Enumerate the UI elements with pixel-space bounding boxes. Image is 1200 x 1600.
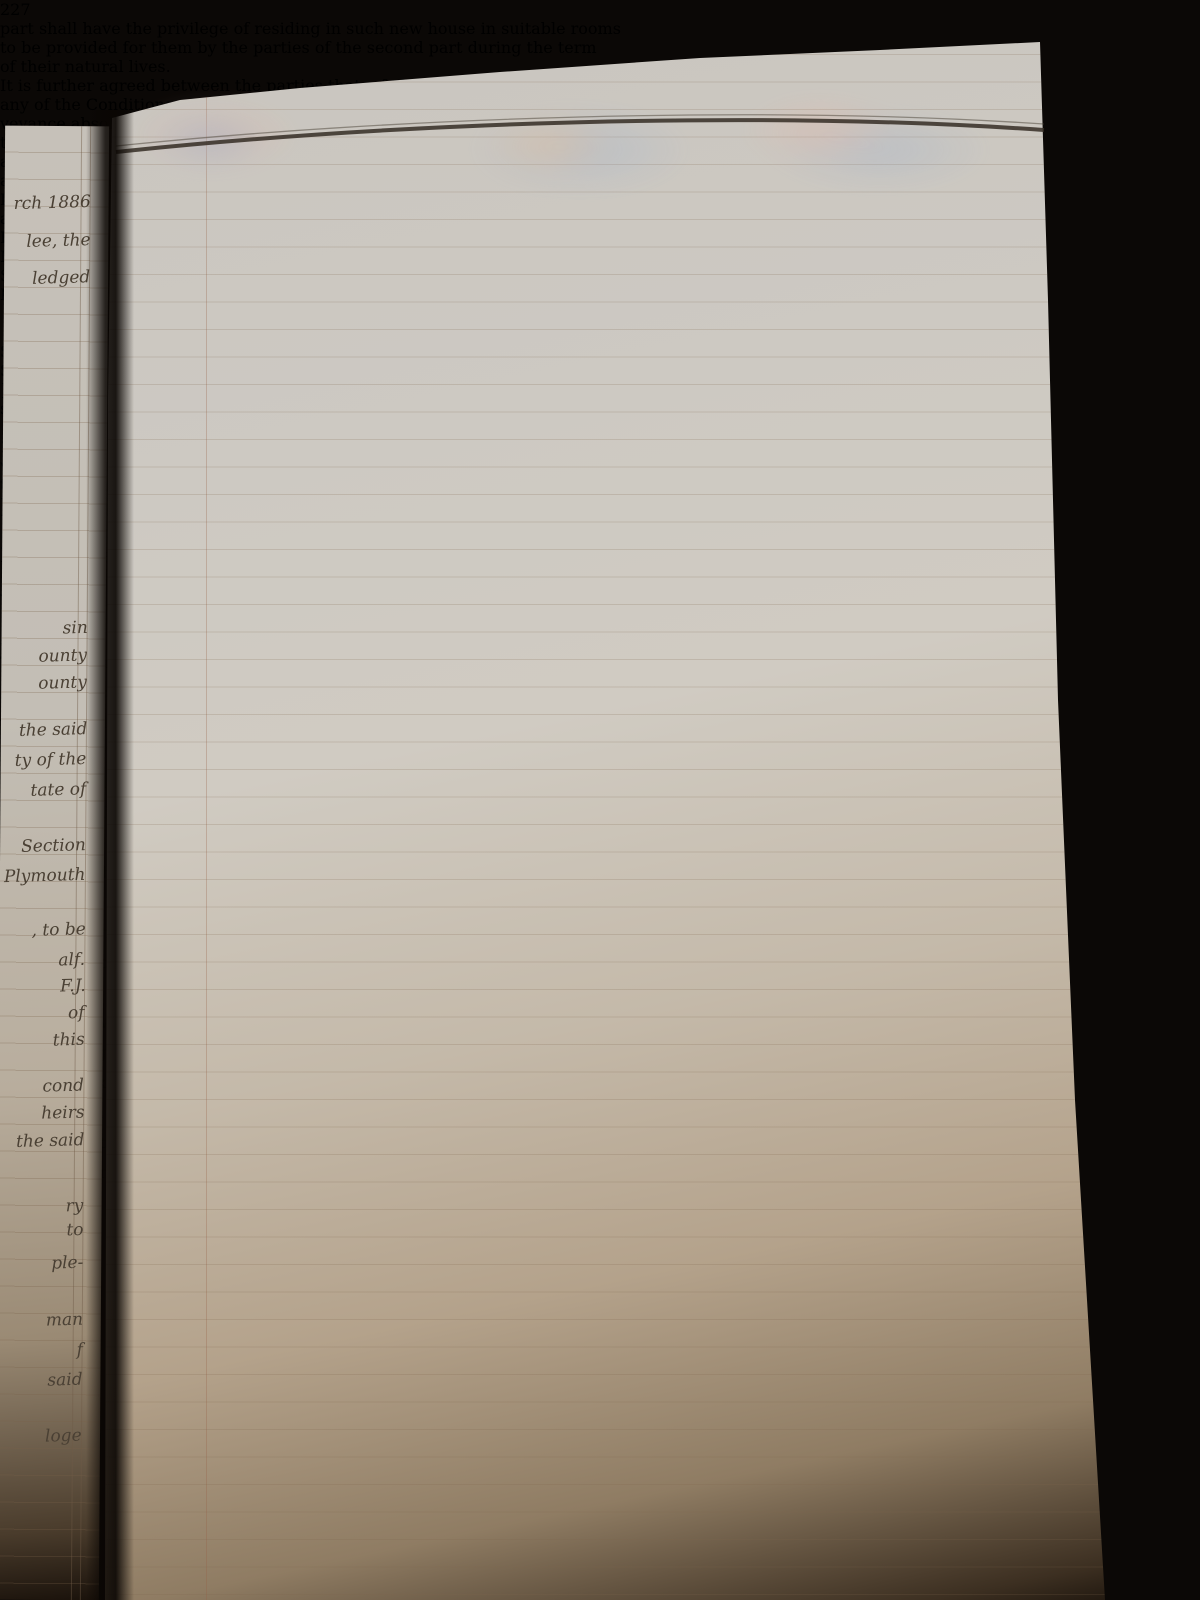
- facing-page-fragment: tate of: [30, 779, 86, 801]
- facing-page-fragment: F.J.: [59, 976, 85, 997]
- facing-page-fragment: sin: [62, 618, 88, 639]
- register-page: [0, 0, 1200, 1600]
- facing-page-fragment: ty of the: [15, 749, 87, 771]
- facing-page-fragment: f: [76, 1340, 83, 1360]
- facing-page-fragment: of: [68, 1003, 85, 1023]
- facing-page-fragment: cond: [43, 1076, 85, 1097]
- margin-rule: [206, 60, 207, 1600]
- facing-page-fragment: this: [53, 1030, 85, 1051]
- facing-page-fragment: Plymouth: [4, 865, 86, 887]
- facing-page-fragment: loge: [45, 1426, 82, 1447]
- deed-text-line: to be provided for them by the parties o…: [0, 38, 830, 57]
- facing-page-fragment: ounty: [39, 645, 88, 666]
- facing-page-fragment: to: [66, 1220, 84, 1240]
- facing-page-fragment: man: [45, 1310, 83, 1331]
- facing-page-fragment: said: [47, 1370, 83, 1391]
- page-number: 227: [0, 0, 1200, 19]
- facing-page-fragment: alf.: [58, 950, 85, 971]
- facing-page-fragment: Section: [21, 835, 86, 857]
- facing-page-edge: rch 1886 lee, the ledged sin ounty ounty…: [0, 126, 109, 1600]
- facing-page-fragment: ounty: [38, 672, 87, 693]
- facing-page-fragment: ledged: [32, 267, 91, 289]
- facing-page-fragment: rch 1886: [13, 192, 91, 214]
- facing-page-fragment: lee, the: [26, 230, 91, 252]
- facing-page-fragment: ple-: [51, 1253, 84, 1274]
- scan-iridescence: [120, 70, 1020, 190]
- facing-page-fragment: the said: [18, 719, 87, 741]
- facing-page-fragment: the said: [15, 1130, 84, 1152]
- deed-text-line: part shall have the privilege of residin…: [0, 19, 830, 38]
- facing-page-fragment: , to be: [31, 919, 86, 941]
- facing-page-fragment: ry: [66, 1196, 84, 1216]
- ledger-photo: rch 1886 lee, the ledged sin ounty ounty…: [0, 0, 1200, 1600]
- facing-page-fragment: heirs: [41, 1102, 85, 1123]
